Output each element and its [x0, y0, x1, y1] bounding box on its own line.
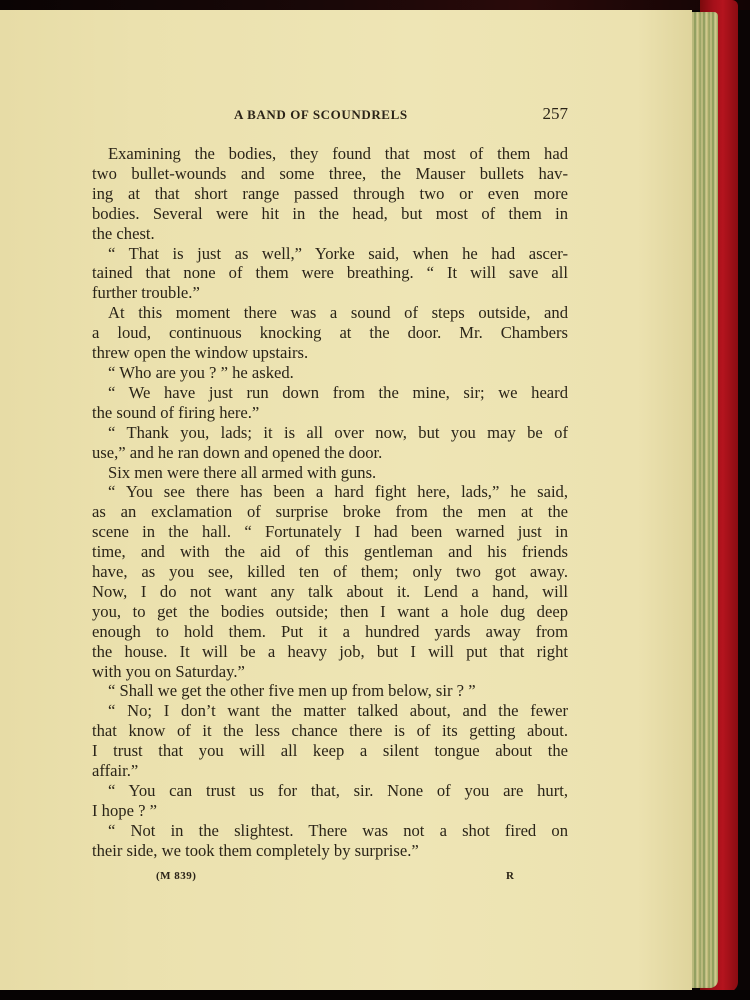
text-line: ing at that short range passed through t…	[92, 184, 568, 204]
page-edges	[688, 12, 718, 988]
scan-bottom-border	[0, 990, 750, 1000]
running-title: A BAND OF SCOUNDRELS	[234, 107, 408, 123]
text-line: their side, we took them completely by s…	[92, 841, 568, 861]
text-line: the house. It will be a heavy job, but I…	[92, 642, 568, 662]
text-line: At this moment there was a sound of step…	[92, 303, 568, 323]
text-line: I trust that you will all keep a silent …	[92, 741, 568, 761]
text-line: scene in the hall. “ Fortunately I had b…	[92, 522, 568, 542]
text-line: tained that none of them were breathing.…	[92, 263, 568, 283]
running-head: A BAND OF SCOUNDRELS 257	[92, 104, 568, 126]
text-line: “ We have just run down from the mine, s…	[92, 383, 568, 403]
page-footer: (M 839) R	[92, 870, 568, 886]
text-line: have, as you see, killed ten of them; on…	[92, 562, 568, 582]
text-line: Examining the bodies, they found that mo…	[92, 144, 568, 164]
signature-letter: R	[506, 870, 514, 882]
text-line: “ Not in the slightest. There was not a …	[92, 821, 568, 841]
text-line: “ Shall we get the other five men up fro…	[92, 681, 568, 701]
text-line: “ You see there has been a hard fight he…	[92, 482, 568, 502]
body-text: Examining the bodies, they found that mo…	[92, 144, 568, 861]
text-line: as an exclamation of surprise broke from…	[92, 502, 568, 522]
text-line: bodies. Several were hit in the head, bu…	[92, 204, 568, 224]
text-line: “ Thank you, lads; it is all over now, b…	[92, 423, 568, 443]
text-line: time, and with the aid of this gentleman…	[92, 542, 568, 562]
page-number: 257	[543, 104, 569, 124]
text-line: further trouble.”	[92, 283, 568, 303]
text-line: that know of it the less chance there is…	[92, 721, 568, 741]
text-line: “ That is just as well,” Yorke said, whe…	[92, 244, 568, 264]
text-line: threw open the window upstairs.	[92, 343, 568, 363]
text-line: I hope ? ”	[92, 801, 568, 821]
signature-mark: (M 839)	[156, 870, 196, 882]
text-line: a loud, continuous knocking at the door.…	[92, 323, 568, 343]
scan-top-border	[0, 0, 750, 10]
text-line: “ You can trust us for that, sir. None o…	[92, 781, 568, 801]
text-line: “ No; I don’t want the matter talked abo…	[92, 701, 568, 721]
text-line: enough to hold them. Put it a hundred ya…	[92, 622, 568, 642]
text-line: the sound of firing here.”	[92, 403, 568, 423]
text-line: use,” and he ran down and opened the doo…	[92, 443, 568, 463]
text-line: “ Who are you ? ” he asked.	[92, 363, 568, 383]
text-line: Now, I do not want any talk about it. Le…	[92, 582, 568, 602]
text-line: affair.”	[92, 761, 568, 781]
text-line: two bullet-wounds and some three, the Ma…	[92, 164, 568, 184]
text-line: Six men were there all armed with guns.	[92, 463, 568, 483]
text-line: with you on Saturday.”	[92, 662, 568, 682]
text-line: you, to get the bodies outside; then I w…	[92, 602, 568, 622]
text-line: the chest.	[92, 224, 568, 244]
